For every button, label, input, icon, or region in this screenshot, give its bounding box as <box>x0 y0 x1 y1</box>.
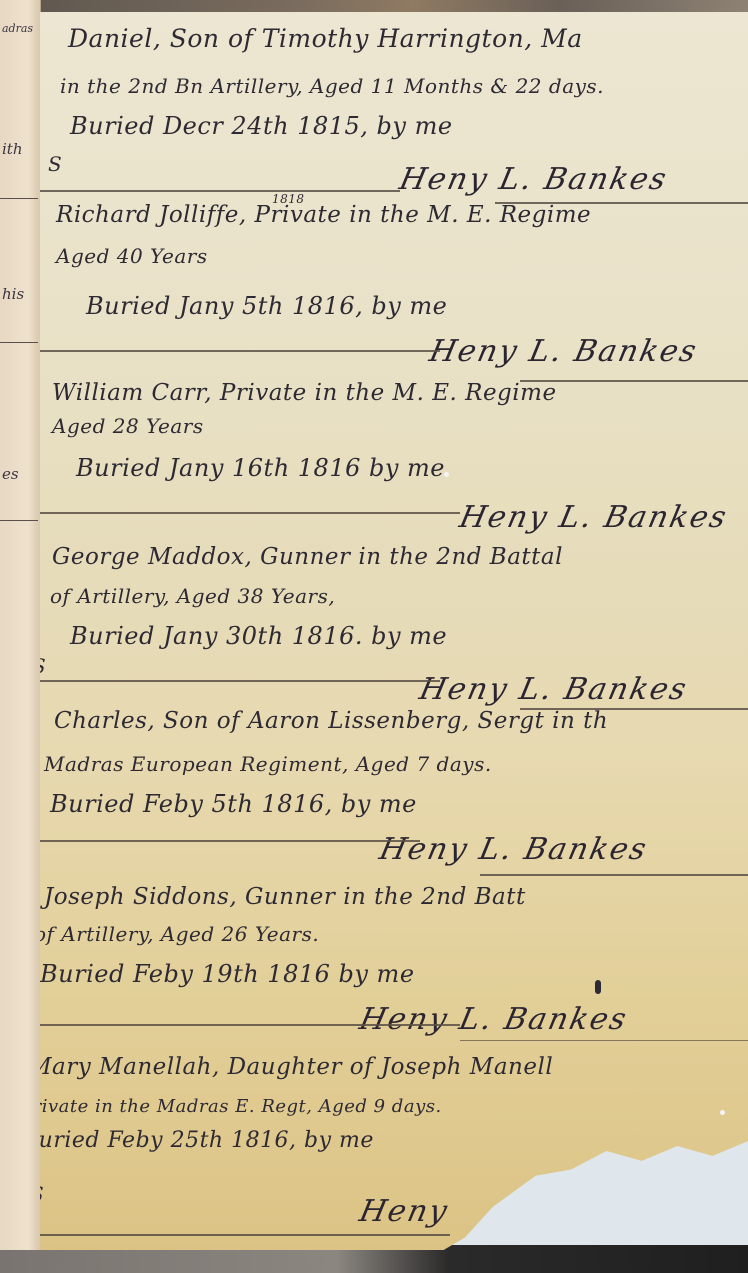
entry-line-2: Aged 40 Years <box>56 244 208 268</box>
entry-line-2: Madras European Regiment, Aged 7 days. <box>44 752 492 776</box>
entry-line-1: Charles, Son of Aaron Lissenberg, Sergt … <box>54 708 608 734</box>
entry-line-3: Buried Feby 25th 1816, by me <box>22 1128 374 1153</box>
entry-divider <box>480 874 748 876</box>
entry-line-2: Aged 28 Years <box>52 414 204 438</box>
entry-annotation: 1818 <box>272 192 305 206</box>
left-page-edge: adras ith his es <box>0 0 41 1250</box>
entry-divider <box>40 350 440 352</box>
signature: Heny L. Bankes <box>396 162 671 197</box>
entry-divider <box>40 680 440 682</box>
signature: Heny L. Bankes <box>456 500 731 535</box>
entry-line-2: Private in the Madras E. Regt, Aged 9 da… <box>20 1096 442 1117</box>
left-fragment: his <box>2 285 24 303</box>
entry-line-3: Buried Jany 16th 1816 by me <box>76 454 445 482</box>
entry-divider <box>40 512 460 514</box>
entry-line-3: Buried Jany 30th 1816. by me <box>70 622 447 650</box>
signature: Heny L. Bankes <box>376 832 651 867</box>
entry-line-3: Buried Feby 19th 1816 by me <box>40 960 415 988</box>
entry-line-2: of Artillery, Aged 38 Years, <box>50 584 335 608</box>
entry-line-2: of Artillery, Aged 26 Years. <box>34 922 319 946</box>
signature: Heny L. Bankes <box>356 1002 631 1037</box>
entry-line-1: William Carr, Private in the M. E. Regim… <box>52 380 557 406</box>
entry-line-3: Buried Feby 5th 1816, by me <box>50 790 417 818</box>
photo-scene: adras ith his es Daniel, Son of Timothy … <box>0 0 748 1273</box>
entry-line-3: Buried Decr 24th 1815, by me <box>70 112 453 140</box>
entry-divider <box>40 190 400 192</box>
signature: Heny L. Bankes <box>426 334 701 369</box>
left-fragment: ith <box>2 140 23 158</box>
entry-line-1: Joseph Siddons, Gunner in the 2nd Batt <box>44 884 526 910</box>
entry-divider <box>10 1234 450 1236</box>
left-rule <box>0 198 38 199</box>
left-fragment: adras <box>2 22 33 35</box>
entry-divider <box>40 1024 460 1026</box>
entry-line-3: Buried Jany 5th 1816, by me <box>86 292 447 320</box>
signature: Heny <box>356 1194 452 1229</box>
paper-hole <box>720 1110 725 1115</box>
ink-blot <box>595 980 601 994</box>
margin-mark: S <box>48 152 62 176</box>
signature: Heny L. Bankes <box>416 672 691 707</box>
entry-divider <box>460 1040 748 1041</box>
entry-line-1: George Maddox, Gunner in the 2nd Battal <box>52 544 563 570</box>
left-rule <box>0 520 38 521</box>
entry-line-1: Mary Manellah, Daughter of Joseph Manell <box>28 1054 553 1080</box>
left-fragment: es <box>2 465 19 483</box>
entry-line-1: Richard Jolliffe, Private in the M. E. R… <box>56 202 591 228</box>
entry-line-2: in the 2nd Bn Artillery, Aged 11 Months … <box>60 74 604 98</box>
entry-line-1: Daniel, Son of Timothy Harrington, Ma <box>68 24 583 53</box>
left-rule <box>0 342 38 343</box>
register-page: Daniel, Son of Timothy Harrington, Ma in… <box>40 12 748 1250</box>
entry-divider <box>40 840 420 842</box>
paper-hole <box>444 472 449 477</box>
